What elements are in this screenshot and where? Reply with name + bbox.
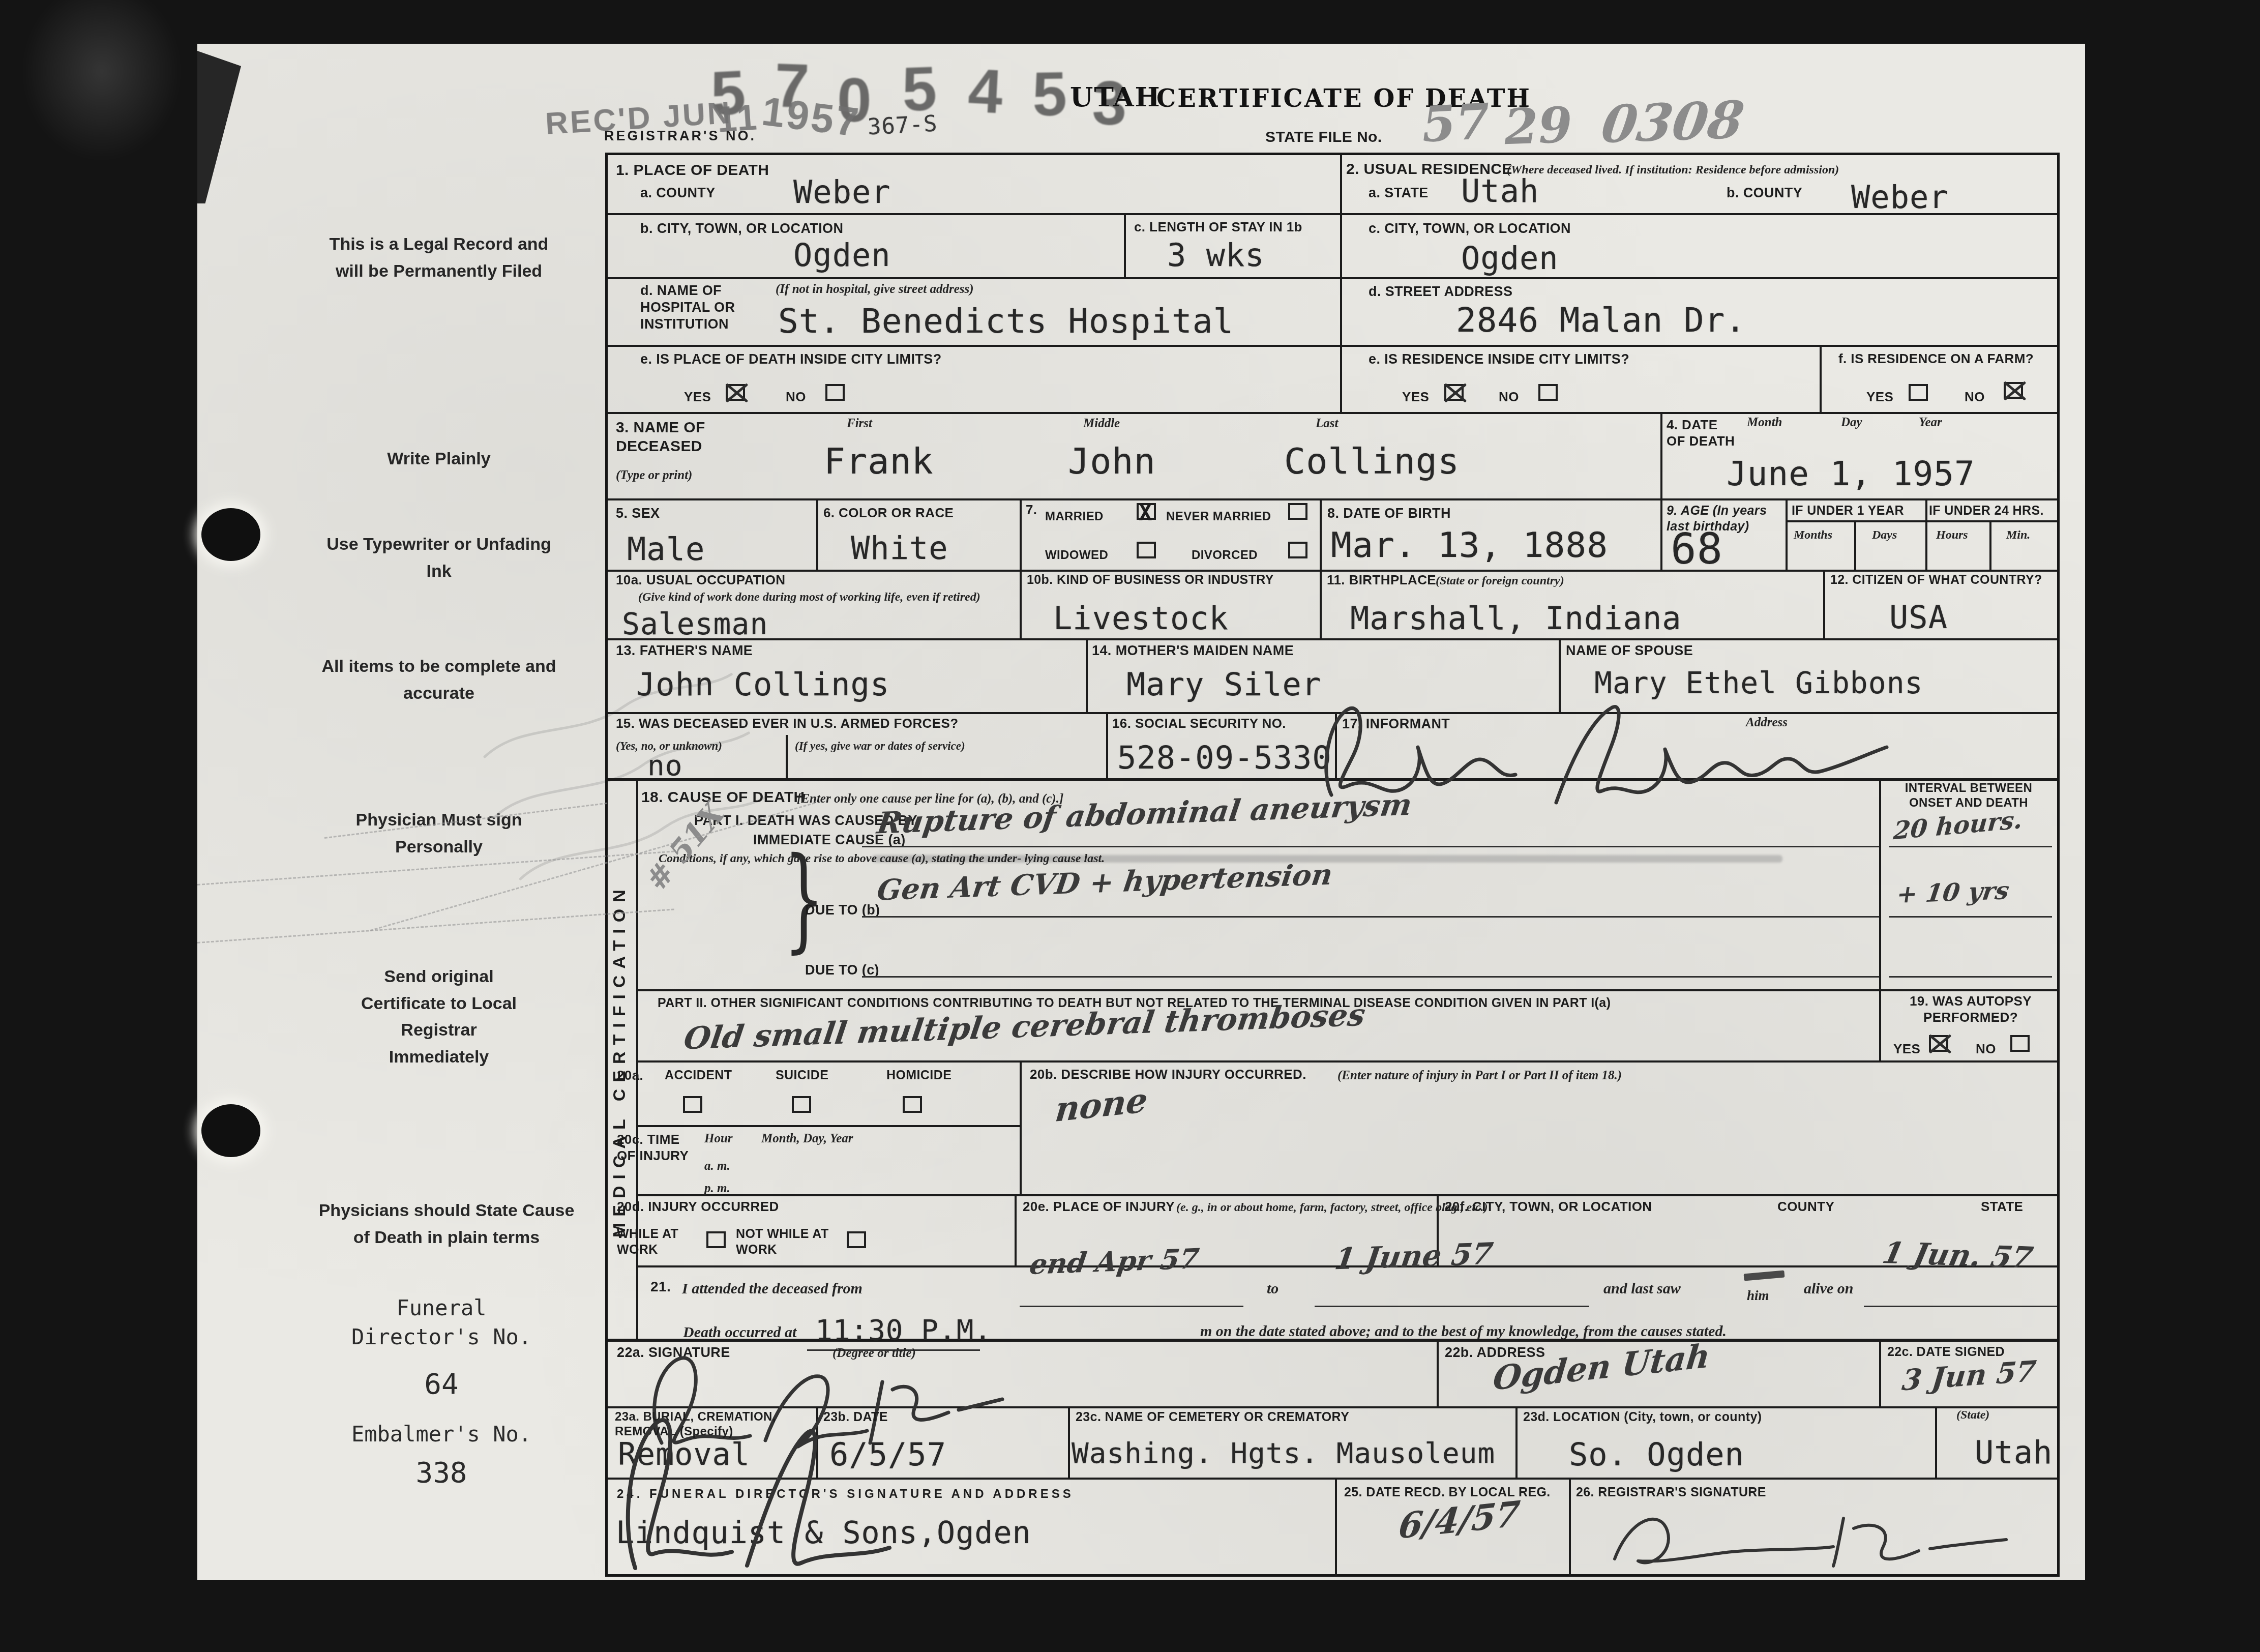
s1e-yes-checkbox <box>726 384 745 401</box>
s2f-yes-label: YES <box>1866 389 1893 405</box>
pencil-dash-line <box>197 908 674 943</box>
s2f-no-label: NO <box>1965 389 1985 405</box>
grid-line <box>1660 412 1662 498</box>
grid-line <box>1935 1406 1937 1478</box>
s20a-suicide-label: SUICIDE <box>776 1068 828 1083</box>
s20d-notwhile-checkbox <box>847 1231 866 1248</box>
s18-interval-a-value: 20 hours. <box>1892 808 2024 844</box>
s18-interval-b-value: + 10 yrs <box>1895 878 2011 907</box>
cause-b-rule <box>862 916 1879 918</box>
s1d-label: d. NAME OF HOSPITAL OR INSTITUTION <box>640 282 760 333</box>
s3-first-header: First <box>847 416 872 431</box>
s19-yes-label: YES <box>1893 1041 1920 1057</box>
s1a-label: a. COUNTY <box>640 185 716 201</box>
s20b-value: none <box>1054 1083 1149 1127</box>
grid-line <box>1989 520 1991 570</box>
s2b-label: b. COUNTY <box>1727 185 1802 201</box>
grid-line <box>608 570 2057 572</box>
s19-no-checkbox <box>2010 1035 2030 1052</box>
grid-line <box>636 1194 2057 1196</box>
funeral-directors-no-value: 64 <box>340 1365 543 1404</box>
registrars-no-label: REGISTRAR'S NO. <box>604 128 756 144</box>
s10a-note: (Give kind of work done during most of w… <box>638 589 994 605</box>
state-file-no-part: 57 <box>1421 97 1491 150</box>
cause-c-rule <box>862 976 1879 978</box>
grid-line <box>1786 498 1788 570</box>
margin-typewriter-note: Use Typewriter or Unfading Ink <box>314 531 563 584</box>
s20c-hour-header: Hour <box>704 1131 733 1146</box>
grid-line <box>608 277 2057 279</box>
scanned-death-certificate: This is a Legal Record and will be Perma… <box>0 0 2260 1652</box>
s20d-label: 20d. INJURY OCCURRED <box>617 1199 779 1215</box>
s21-to-label: to <box>1267 1279 1278 1299</box>
grid-line <box>1820 345 1822 412</box>
grid-line <box>1086 638 1088 712</box>
received-date-stamp-year: 1957 <box>760 91 863 143</box>
s2-note: (Where deceased lived. If institution: R… <box>1507 162 1822 178</box>
grid-line <box>1320 498 1322 570</box>
s6-label: 6. COLOR OR RACE <box>823 505 954 521</box>
s9-hours-header: Hours <box>1936 527 1968 543</box>
s2d-label: d. STREET ADDRESS <box>1369 283 1512 300</box>
s7-widowed-checkbox <box>1137 542 1156 558</box>
s2e-no-label: NO <box>1499 389 1519 405</box>
grid-line <box>608 213 2057 215</box>
s2d-value: 2846 Malan Dr. <box>1456 303 1746 338</box>
margin-send-original-note: Send original Certificate to Local Regis… <box>350 963 528 1071</box>
s23c-label: 23c. NAME OF CEMETERY OR CREMATORY <box>1076 1409 1349 1425</box>
s20f-county-header: COUNTY <box>1777 1199 1834 1215</box>
s12-value: USA <box>1889 601 1948 634</box>
grid-line <box>608 498 2057 500</box>
s1e-no-checkbox <box>825 384 845 401</box>
s15-note2: (If yes, give war or dates of service) <box>795 739 1100 754</box>
s21-deathat-label: Death occurred at <box>683 1323 796 1342</box>
s5-value: Male <box>627 533 705 566</box>
margin-plain-terms-note: Physicians should State Cause of Death i… <box>309 1197 584 1251</box>
embalmers-no-label: Embalmer's No. <box>340 1420 543 1449</box>
s19-no-label: NO <box>1976 1041 1996 1057</box>
s7-married-checkbox <box>1137 503 1156 520</box>
struck-word <box>1744 1271 1785 1281</box>
s1c-value: 3 wks <box>1167 239 1265 272</box>
s20a-accident-label: ACCIDENT <box>665 1068 732 1083</box>
s1d-note: (If not in hospital, give street address… <box>776 281 974 297</box>
s23-state-value: Utah <box>1975 1436 2053 1469</box>
s20b-label: 20b. DESCRIBE HOW INJURY OCCURRED. <box>1030 1067 1306 1083</box>
s11-note: (State or foreign country) <box>1436 573 1564 588</box>
s25-label: 25. DATE RECD. BY LOCAL REG. <box>1344 1485 1563 1500</box>
s20f-state-header: STATE <box>1981 1199 2023 1215</box>
s20d-notwhile-label: NOT WHILE AT WORK <box>736 1226 845 1257</box>
s20d-while-label: WHILE AT WORK <box>617 1226 703 1257</box>
s14-value: Mary Siler <box>1126 668 1321 701</box>
grid-line <box>816 498 818 570</box>
s9-under1year-label: IF UNDER 1 YEAR <box>1792 503 1904 519</box>
s25-value: 6/4/57 <box>1397 1496 1522 1544</box>
cause-a-rule <box>862 846 1879 847</box>
s3-middle-value: John <box>1068 443 1156 481</box>
s2c-value: Ogden <box>1461 242 1559 275</box>
s14-label: 14. MOTHER'S MAIDEN NAME <box>1092 642 1294 659</box>
grid-line <box>1020 498 1022 570</box>
grid-line <box>608 412 2057 414</box>
grid-line <box>608 638 2057 640</box>
s1b-label: b. CITY, TOWN, OR LOCATION <box>640 220 843 237</box>
s15-label: 15. WAS DECEASED EVER IN U.S. ARMED FORC… <box>616 716 959 732</box>
s23d-value: So. Ogden <box>1569 1438 1744 1471</box>
scan-smudge <box>20 0 183 163</box>
file-number-stamp-digit: 5 <box>1032 63 1067 125</box>
s2e-yes-label: YES <box>1402 389 1429 405</box>
s1e-label: e. IS PLACE OF DEATH INSIDE CITY LIMITS? <box>640 351 942 368</box>
margin-legal-record-note: This is a Legal Record and will be Perma… <box>319 231 558 284</box>
s8-value: Mar. 13, 1888 <box>1331 527 1608 564</box>
s2c-label: c. CITY, TOWN, OR LOCATION <box>1369 220 1571 237</box>
s3-last-header: Last <box>1316 416 1338 431</box>
s20c-am-label: a. m. <box>704 1158 730 1174</box>
s2a-value: Utah <box>1461 174 1539 208</box>
spouse-label: NAME OF SPOUSE <box>1566 642 1693 659</box>
s11-value: Marshall, Indiana <box>1350 602 1682 635</box>
s20c-label: 20c. TIME OF INJURY <box>617 1132 701 1164</box>
grid-line <box>1020 1060 1022 1194</box>
grid-line <box>1660 498 1662 570</box>
grid-line <box>1925 498 1927 570</box>
s23c-value: Washing. Hgts. Mausoleum <box>1072 1439 1495 1469</box>
s23d-label: 23d. LOCATION (City, town, or county) <box>1523 1409 1762 1425</box>
grid-line <box>786 735 788 778</box>
funeral-director-signature <box>605 1390 910 1588</box>
s21-number: 21. <box>650 1278 671 1295</box>
s4-title: 4. DATE OF DEATH <box>1667 417 1735 449</box>
grid-line <box>1015 1194 1017 1265</box>
s7-never-married-checkbox <box>1288 503 1307 520</box>
s20c-mdy-header: Month, Day, Year <box>761 1131 853 1146</box>
conditions-brace: } <box>784 843 825 956</box>
s1a-value: Weber <box>793 175 891 209</box>
s16-label: 16. SOCIAL SECURITY NO. <box>1112 716 1286 732</box>
s9-under24hrs-label: IF UNDER 24 HRS. <box>1929 503 2044 519</box>
grid-line <box>608 345 2057 347</box>
s21-lastsaw-label: and last saw <box>1603 1279 1681 1299</box>
s1c-label: c. LENGTH OF STAY IN 1b <box>1134 219 1302 235</box>
s21-alive-value: 1 Jun. 57 <box>1880 1238 2036 1273</box>
s21-from-value: end Apr 57 <box>1028 1245 1201 1278</box>
grid-line <box>636 989 2057 991</box>
s20a-suicide-checkbox <box>792 1096 811 1113</box>
certificate-paper: This is a Legal Record and will be Perma… <box>197 44 2085 1580</box>
s21-closing-label: m on the date stated above; and to the b… <box>1200 1322 1727 1341</box>
s4-year-header: Year <box>1919 415 1942 430</box>
grid-line <box>1879 1339 1881 1406</box>
s20e-label: 20e. PLACE OF INJURY <box>1023 1199 1175 1215</box>
grid-line <box>636 1060 2057 1063</box>
s10a-value: Salesman <box>622 609 768 640</box>
s20d-while-checkbox <box>706 1231 726 1248</box>
s20e-note: (e. g., in or about home, farm, factory,… <box>1176 1200 1420 1215</box>
corner-fold <box>197 51 241 203</box>
cause-a-interval-rule <box>1889 846 2052 847</box>
title-state: UTAH <box>1070 84 1161 111</box>
grid-line <box>1335 1478 1337 1576</box>
s20a-number: 20a. <box>617 1068 643 1084</box>
s10a-label: 10a. USUAL OCCUPATION <box>616 572 785 588</box>
grid-line <box>1515 1406 1518 1478</box>
s1b-value: Ogden <box>793 239 891 272</box>
cause-b-interval-rule <box>1889 916 2052 918</box>
s7-divorced-checkbox <box>1288 542 1307 558</box>
grid-line <box>1020 570 1022 638</box>
grid-line <box>1854 520 1856 570</box>
s2f-yes-checkbox <box>1909 384 1928 401</box>
s7-number: 7. <box>1026 502 1037 518</box>
margin-complete-note: All items to be complete and accurate <box>314 653 563 706</box>
s21-aliveon-label: alive on <box>1804 1279 1854 1299</box>
s4-month-header: Month <box>1747 415 1782 430</box>
s4-day-header: Day <box>1841 415 1862 430</box>
s15-value: no <box>647 751 682 781</box>
s20a-homicide-checkbox <box>903 1096 922 1113</box>
grid-line <box>1569 1478 1571 1576</box>
s10b-value: Livestock <box>1053 602 1229 635</box>
state-file-no-part: 29 <box>1503 101 1573 152</box>
s20f-label: 20f. CITY, TOWN, OR LOCATION <box>1445 1199 1652 1215</box>
s9-min-header: Min. <box>2006 527 2030 543</box>
s3-middle-header: Middle <box>1083 416 1120 431</box>
s7-never-married-label: NEVER MARRIED <box>1166 509 1271 524</box>
s20b-note: (Enter nature of injury in Part I or Par… <box>1337 1068 1622 1083</box>
grid-line <box>1106 712 1108 778</box>
grid-line <box>1823 570 1825 638</box>
s22c-value: 3 Jun 57 <box>1900 1357 2037 1395</box>
s19-yes-checkbox <box>1929 1035 1948 1052</box>
s20c-pm-label: p. m. <box>704 1181 730 1196</box>
funeral-directors-no-label: Funeral Director's No. <box>340 1294 543 1351</box>
s10b-label: 10b. KIND OF BUSINESS OR INDUSTRY <box>1027 572 1274 588</box>
s16-value: 528-09-5330 <box>1117 741 1332 774</box>
s20a-homicide-label: HOMICIDE <box>886 1068 951 1083</box>
s2a-label: a. STATE <box>1369 185 1429 201</box>
s2e-yes-checkbox <box>1444 384 1464 401</box>
punch-hole-top <box>201 508 260 561</box>
certificate-form: MEDICAL CERTIFICATION 1. PLACE OF DEATH … <box>605 153 2060 1577</box>
s21-to-value: 1 June 57 <box>1333 1238 1495 1274</box>
pencil-code: # 51X <box>641 798 730 896</box>
s2e-label: e. IS RESIDENCE INSIDE CITY LIMITS? <box>1369 351 1629 368</box>
s2b-value: Weber <box>1851 181 1949 214</box>
s9-value: 68 <box>1671 526 1723 571</box>
s3-last-value: Collings <box>1284 443 1460 481</box>
s13-label: 13. FATHER'S NAME <box>616 642 753 659</box>
grid-line <box>1340 155 1342 412</box>
s8-label: 8. DATE OF BIRTH <box>1327 505 1451 522</box>
s1d-value: St. Benedicts Hospital <box>778 304 1234 339</box>
state-file-no-label: STATE FILE No. <box>1265 128 1382 147</box>
s2f-label: f. IS RESIDENCE ON A FARM? <box>1838 351 2034 367</box>
margin-write-plainly-note: Write Plainly <box>319 446 558 473</box>
s18-interval-label: INTERVAL BETWEEN ONSET AND DEATH <box>1887 781 2050 811</box>
s1e-yes-label: YES <box>684 389 711 405</box>
registrars-no-value: 367-S <box>867 112 938 139</box>
s2f-no-checkbox <box>2004 382 2023 399</box>
s2e-no-checkbox <box>1538 384 1558 401</box>
s21-rule <box>1315 1306 1589 1307</box>
s4-value: June 1, 1957 <box>1727 456 1975 491</box>
grid-line <box>1437 1339 1439 1406</box>
file-number-stamp-digit: 4 <box>967 59 1004 123</box>
grid-line <box>1068 1406 1070 1478</box>
s1e-no-label: NO <box>786 389 806 405</box>
s7-divorced-label: DIVORCED <box>1192 548 1258 563</box>
embalmers-no-value: 338 <box>340 1454 543 1492</box>
s7-married-label: MARRIED <box>1045 509 1104 524</box>
s18-label: 18. CAUSE OF DEATH <box>641 788 805 807</box>
spouse-value: Mary Ethel Gibbons <box>1594 668 1923 699</box>
grid-line <box>636 1125 1020 1127</box>
s3-sub: (Type or print) <box>616 467 692 483</box>
s18-cause-b-value: Gen Art CVD + hypertension <box>875 860 1334 905</box>
state-file-no-part: 0308 <box>1598 94 1747 150</box>
s1-title: 1. PLACE OF DEATH <box>616 161 769 180</box>
s21-attended-label: I attended the deceased from <box>682 1279 863 1299</box>
s19-label: 19. WAS AUTOPSY PERFORMED? <box>1889 993 2052 1025</box>
s21-him-label: him <box>1747 1287 1769 1305</box>
grid-line <box>1124 213 1126 277</box>
grid-line <box>1879 778 1881 989</box>
grid-line <box>1879 989 1881 1060</box>
s9-months-header: Months <box>1794 527 1832 543</box>
s3-first-value: Frank <box>824 443 934 481</box>
s21-rule <box>1864 1306 2057 1307</box>
grid-line <box>1320 570 1322 638</box>
s15-note1: (Yes, no, or unknown) <box>616 739 779 754</box>
s7-widowed-label: WIDOWED <box>1045 548 1108 563</box>
punch-hole-bottom <box>201 1104 260 1157</box>
s12-label: 12. CITIZEN OF WHAT COUNTRY? <box>1830 572 2042 588</box>
s21-rule <box>1020 1306 1243 1307</box>
registrar-signature <box>1599 1498 2037 1579</box>
s5-label: 5. SEX <box>616 505 660 522</box>
grid-line <box>1786 520 2057 522</box>
s20a-accident-checkbox <box>683 1096 702 1113</box>
cause-c-interval-rule <box>1889 976 2052 978</box>
s23-state-header: (State) <box>1956 1407 1989 1423</box>
s13-value: John Collings <box>636 668 889 701</box>
s9-days-header: Days <box>1872 527 1897 543</box>
s3-title: 3. NAME OF DECEASED <box>616 419 768 456</box>
s6-value: White <box>851 532 948 565</box>
s11-label: 11. BIRTHPLACE <box>1327 572 1436 588</box>
